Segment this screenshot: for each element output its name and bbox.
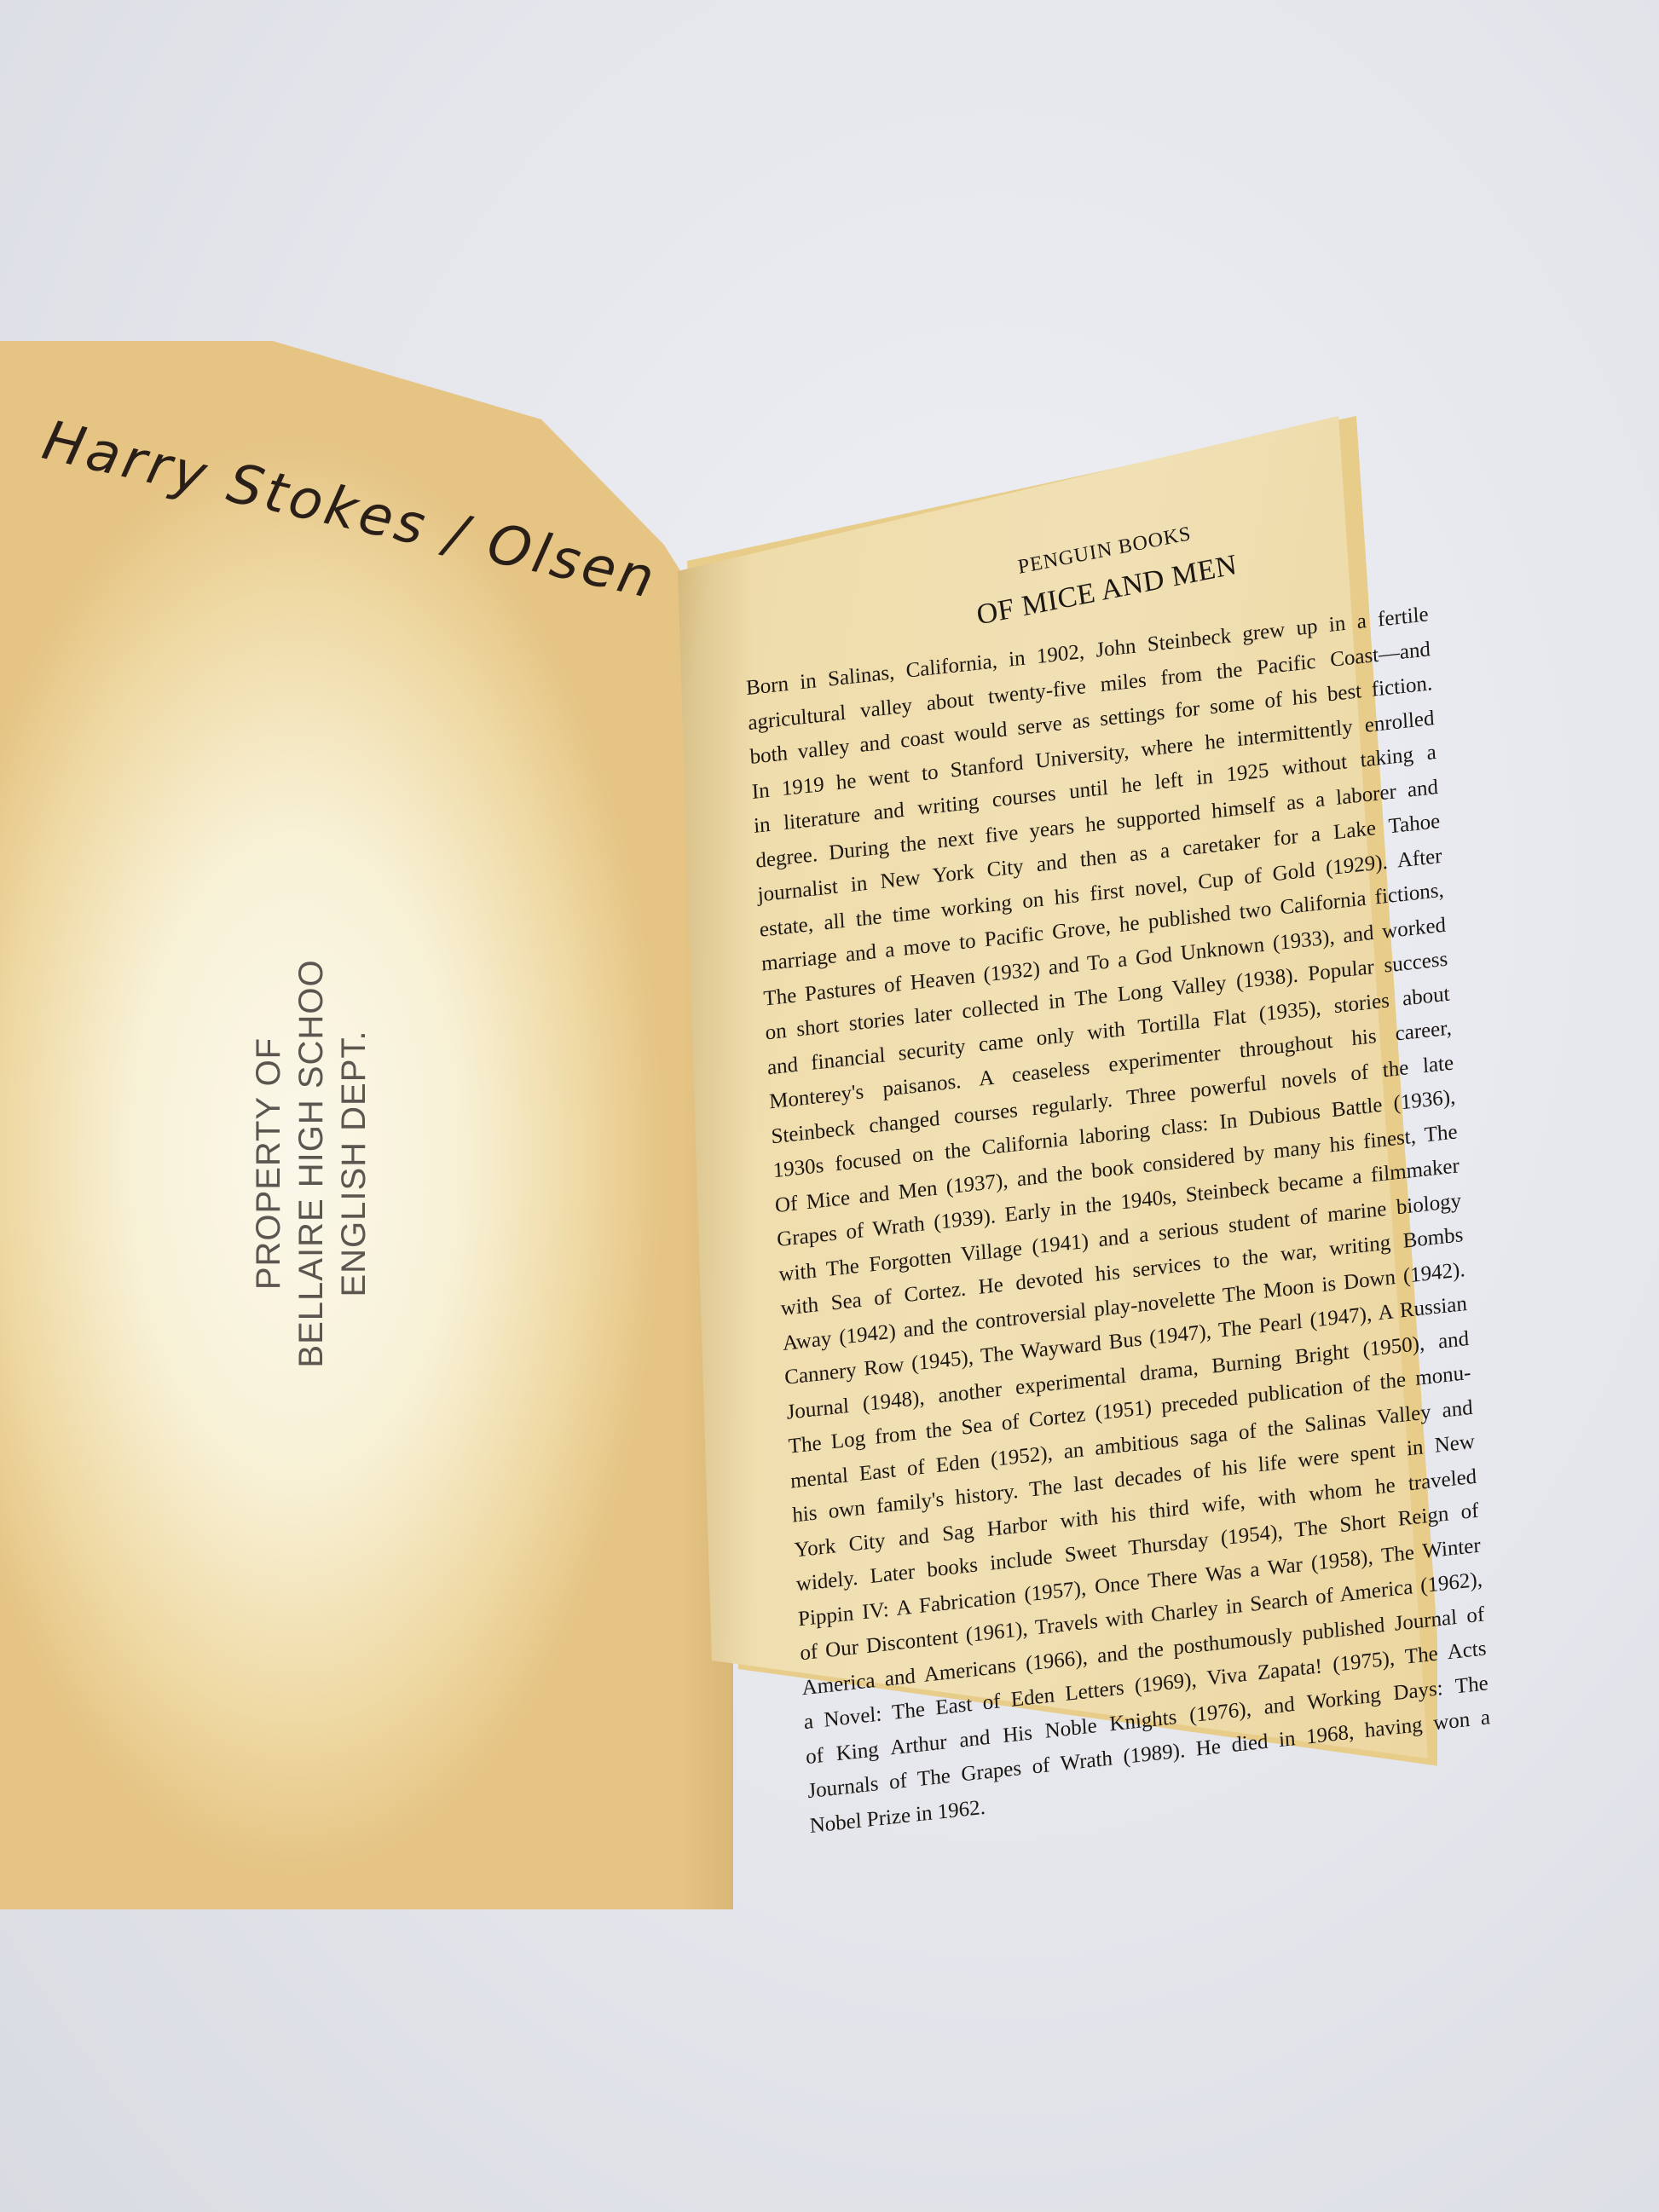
book-text-block: PENGUIN BOOKS OF MICE AND MEN Born in Sa… [735, 505, 1493, 1844]
photo-scene: Harry Stokes / Olsen PROPERTY OF BELLAIR… [0, 0, 1659, 2212]
ownership-stamp: PROPERTY OF BELLAIRE HIGH SCHOO ENGLISH … [247, 963, 375, 1364]
stamp-line-1: PROPERTY OF [247, 959, 290, 1367]
stamp-line-2: BELLAIRE HIGH SCHOO [290, 959, 332, 1367]
author-biography: Born in Salinas, California, in 1902, Jo… [740, 598, 1493, 1844]
stamp-line-3: ENGLISH DEPT. [332, 959, 375, 1367]
